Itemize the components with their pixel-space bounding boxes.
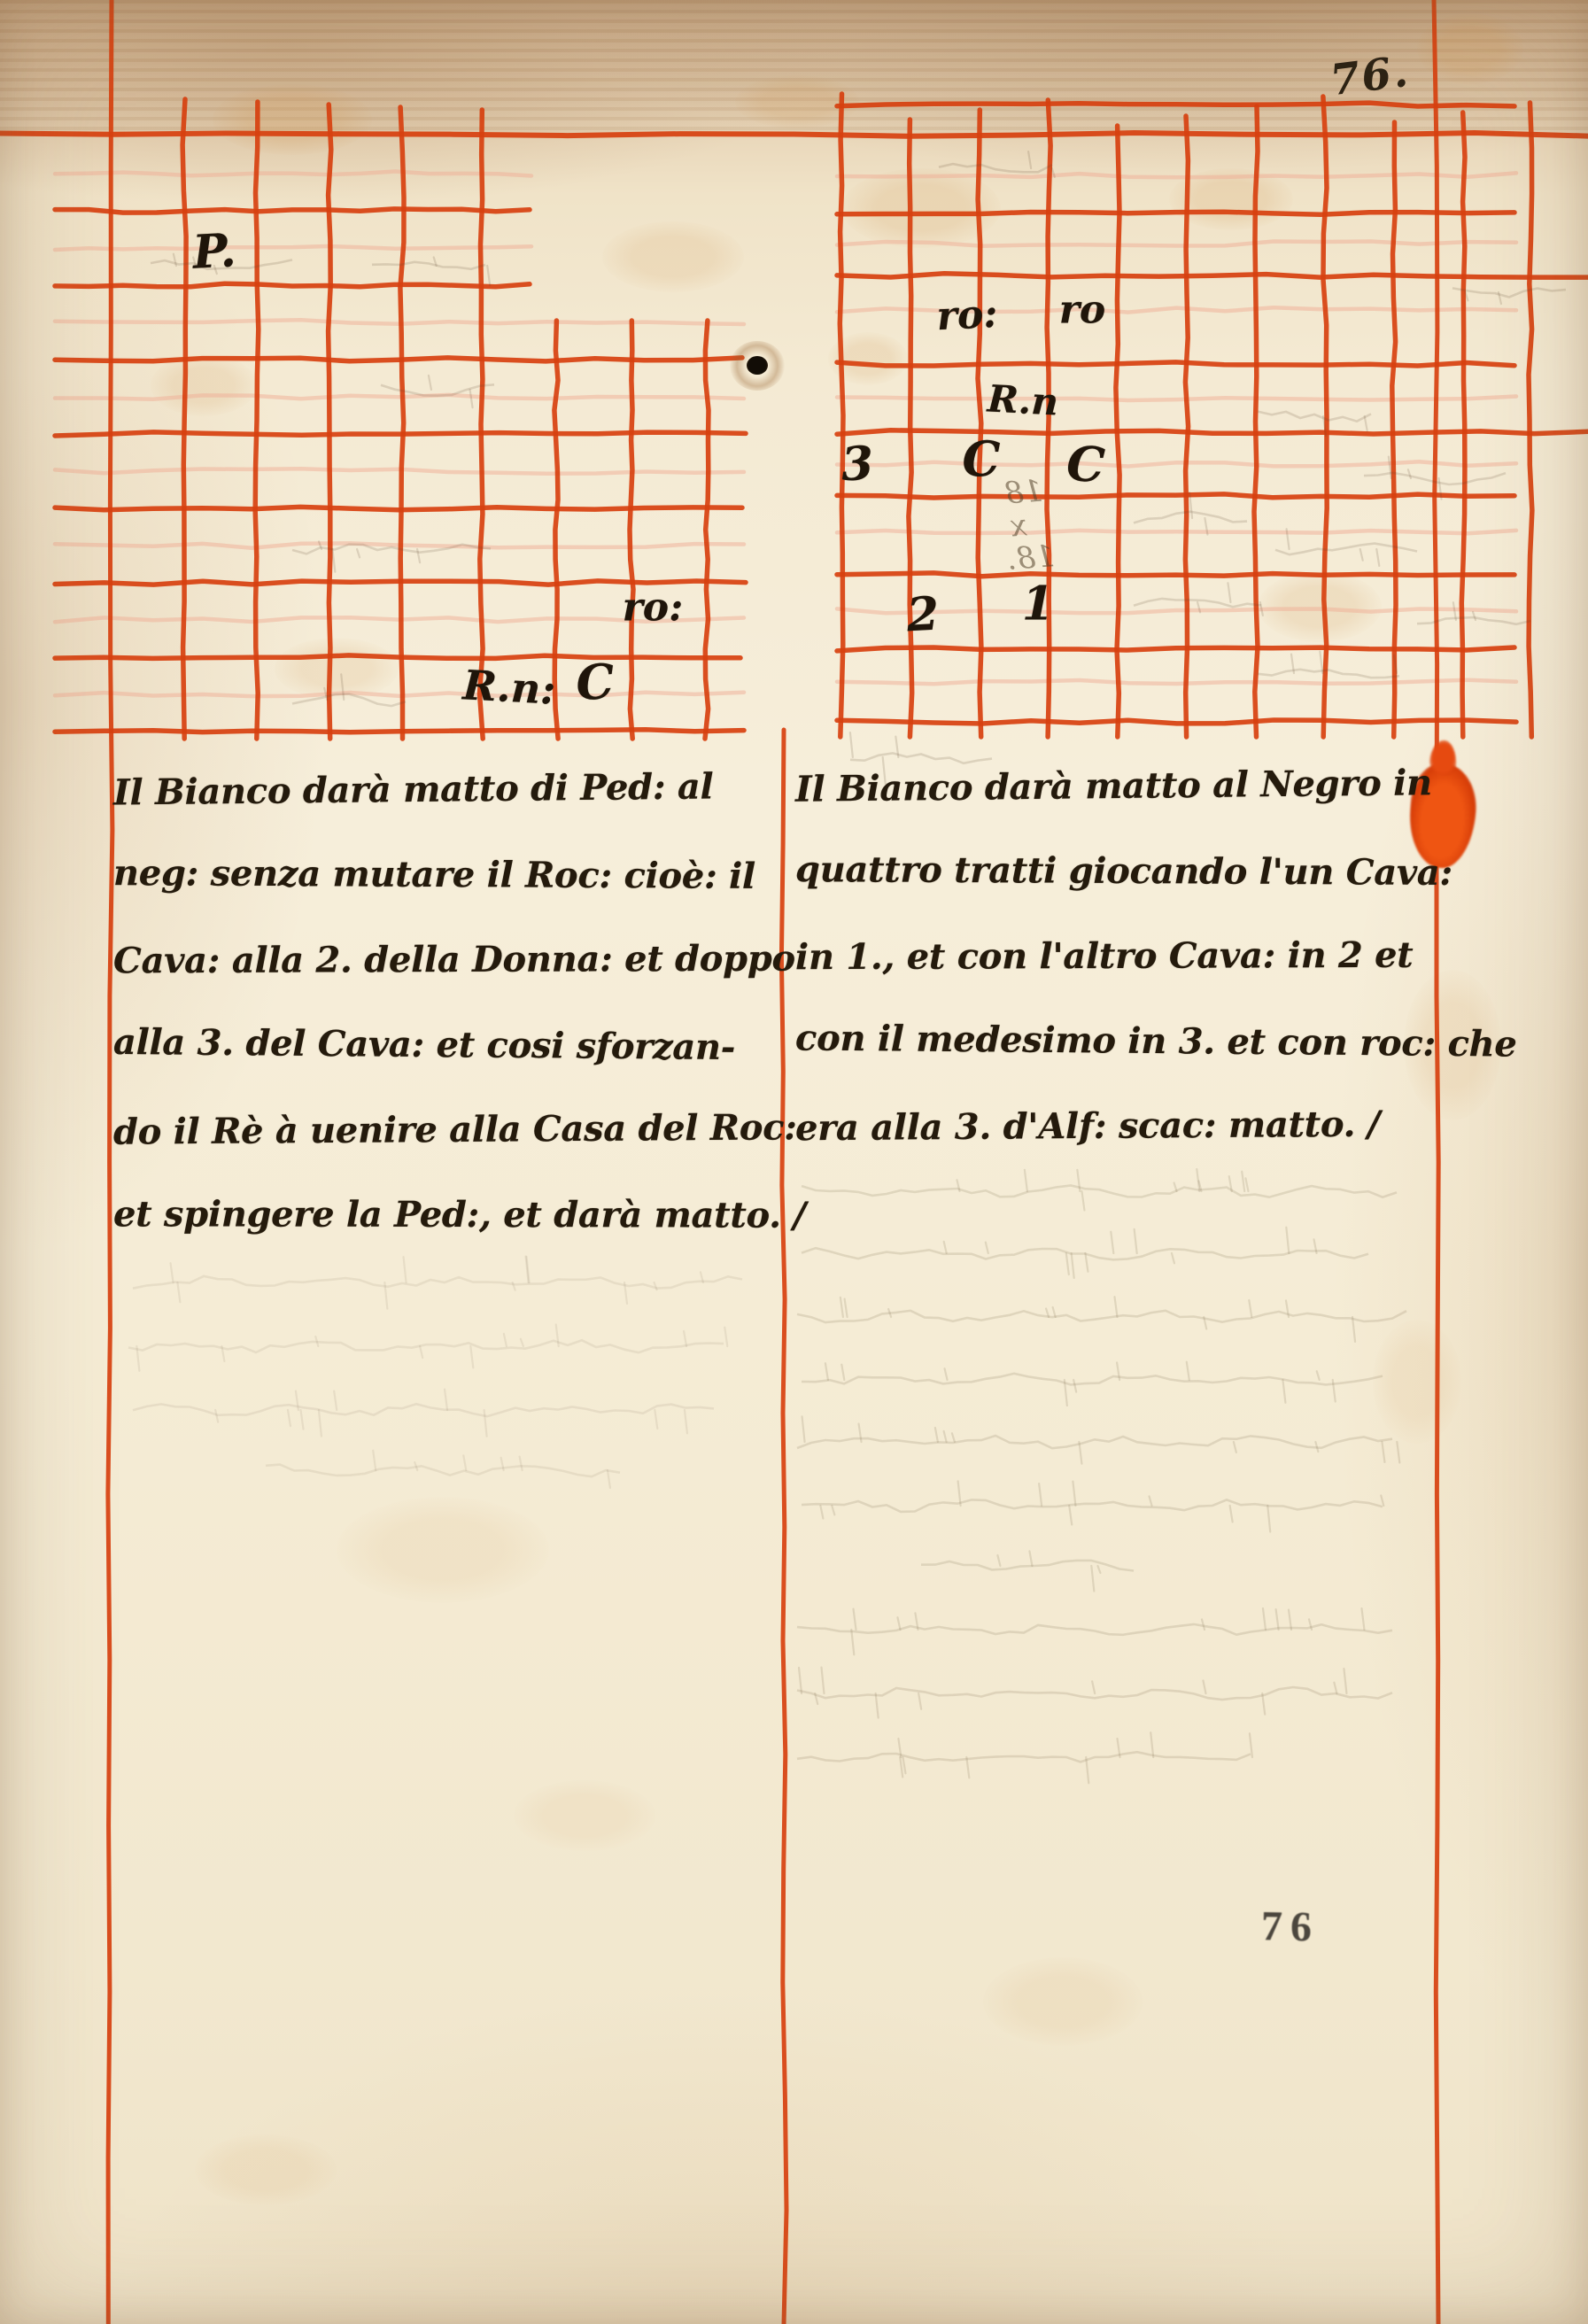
ink-bleedthrough-scribbles — [0, 0, 1588, 2324]
manuscript-text-line: Cava: alla 2. della Donna: et doppo — [113, 938, 795, 982]
foxing-spot — [514, 1780, 655, 1851]
foxing-spot — [1417, 13, 1523, 84]
piece-annotation: C — [1065, 435, 1106, 493]
ghost-mark: x — [1009, 507, 1028, 544]
manuscript-text-line: alla 3. del Cava: et cosi sforzan- — [113, 1021, 735, 1068]
manuscript-text-line: quattro tratti giocando l'un Cava: — [795, 848, 1452, 894]
piece-annotation: 1 — [1022, 577, 1054, 631]
foxing-spot — [828, 332, 908, 385]
ink-blot-dot — [747, 356, 768, 375]
piece-annotation: ro: — [623, 585, 684, 631]
manuscript-text-line: et spingere la Ped:, et darà matto. / — [113, 1193, 806, 1236]
manuscript-text-line: era alla 3. d'Alf: scac: matto. / — [795, 1104, 1380, 1150]
folio-number-stamp: 76 — [1261, 1902, 1321, 1951]
piece-annotation: P. — [191, 223, 237, 279]
piece-annotation: ro — [1059, 288, 1106, 333]
piece-annotation: 3 — [840, 437, 874, 492]
manuscript-text-line: in 1., et con l'altro Cava: in 2 et — [795, 934, 1414, 978]
manuscript-text-line: con il medesimo in 3. et con roc: che — [795, 1017, 1517, 1065]
piece-annotation: R.n — [987, 376, 1060, 423]
manuscript-page: 18x18. P.ro:R.n:C ro:roR.n3CC21 Il Bianc… — [0, 0, 1588, 2324]
foxing-spot — [195, 2134, 337, 2205]
manuscript-text-line: Il Bianco darà matto di Ped: al — [113, 765, 714, 813]
manuscript-text-line: neg: senza mutare il Roc: cioè: il — [113, 852, 755, 897]
piece-annotation: C — [963, 430, 1001, 487]
manuscript-text-line: do il Rè à uenire alla Casa del Roc: — [113, 1106, 797, 1152]
red-ruled-grid-and-margins — [0, 0, 1588, 2324]
piece-annotation: R.n: — [461, 661, 556, 713]
foxing-spot — [1258, 571, 1382, 642]
foxing-spot — [602, 221, 744, 292]
foxing-spot — [275, 638, 399, 700]
foxing-spot — [1373, 1320, 1461, 1444]
foxing-spot — [1169, 168, 1293, 230]
foxing-spot — [983, 1957, 1143, 2046]
foxing-spot — [213, 84, 372, 155]
foxing-spot — [735, 75, 859, 128]
manuscript-text-line: Il Bianco darà matto al Negro in — [795, 762, 1432, 810]
foxing-spot — [151, 354, 257, 416]
piece-annotation: 2 — [905, 587, 940, 643]
foxing-spot — [841, 168, 1001, 248]
piece-annotation: ro: — [935, 291, 998, 340]
piece-annotation: C — [575, 653, 616, 711]
ghost-mark: 18 — [1003, 474, 1044, 512]
folio-number-handwritten: 76. — [1328, 47, 1413, 105]
foxing-spot — [337, 1497, 549, 1603]
ghost-mark: 18. — [1006, 538, 1057, 577]
